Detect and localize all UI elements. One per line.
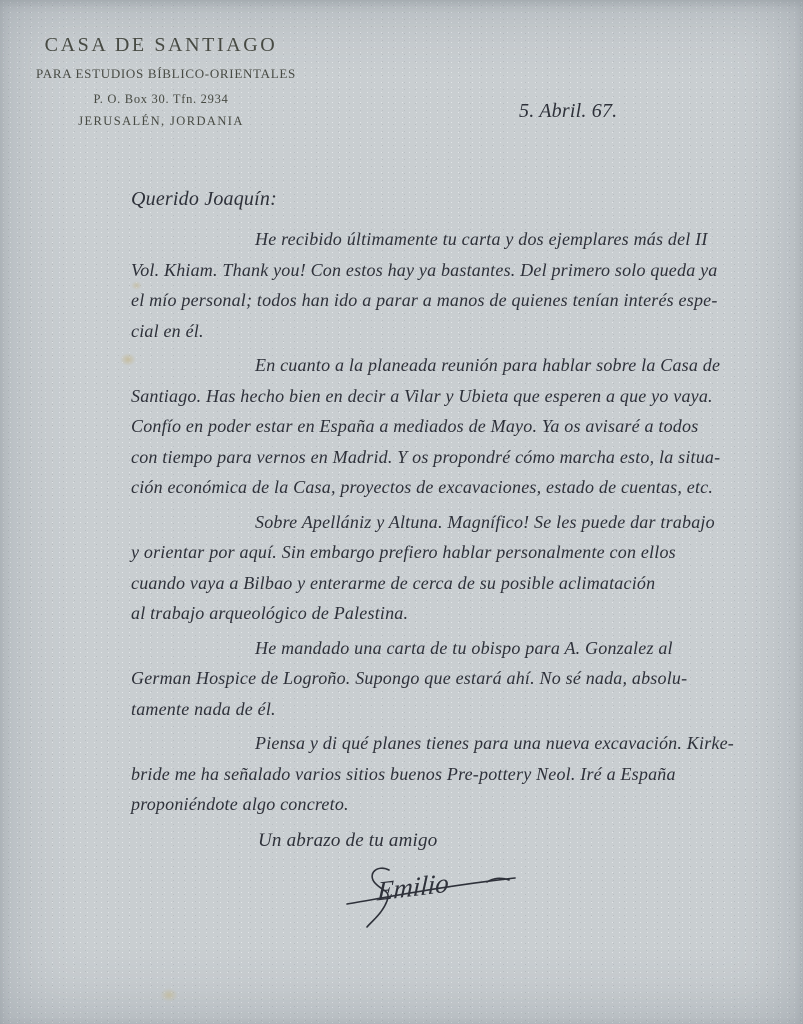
letter-paragraph: He mandado una carta de tu obispo para A… bbox=[131, 633, 796, 725]
letter-line: proponiéndote algo concreto. bbox=[131, 789, 796, 820]
letter-line: y orientar por aquí. Sin embargo prefier… bbox=[131, 537, 796, 568]
letter-line: Sobre Apellániz y Altuna. Magnífico! Se … bbox=[131, 507, 796, 538]
letterhead-city: JERUSALÉN, JORDANIA bbox=[36, 114, 286, 129]
letter-line: tamente nada de él. bbox=[131, 694, 796, 725]
letterhead-org-name: CASA DE SANTIAGO bbox=[36, 34, 286, 57]
letterhead-address: P. O. Box 30. Tfn. 2934 bbox=[36, 92, 286, 107]
letter-line: cial en él. bbox=[131, 316, 796, 347]
letter-body: Querido Joaquín: He recibido últimamente… bbox=[131, 188, 796, 930]
letter-line: bride me ha señalado varios sitios bueno… bbox=[131, 759, 796, 790]
letter-line: Piensa y di qué planes tienes para una n… bbox=[131, 728, 796, 759]
letter-line: Santiago. Has hecho bien en decir a Vila… bbox=[131, 381, 796, 412]
letter-line: He recibido últimamente tu carta y dos e… bbox=[131, 224, 796, 255]
signature: Emilio bbox=[343, 856, 523, 930]
salutation: Querido Joaquín: bbox=[131, 188, 796, 211]
letter-line: cuando vaya a Bilbao y enterarme de cerc… bbox=[131, 568, 796, 599]
letter-page: CASA DE SANTIAGO PARA ESTUDIOS BÍBLICO-O… bbox=[0, 0, 803, 1024]
letterhead: CASA DE SANTIAGO PARA ESTUDIOS BÍBLICO-O… bbox=[36, 34, 286, 129]
letter-line: con tiempo para vernos en Madrid. Y os p… bbox=[131, 442, 796, 473]
letter-paragraph: Sobre Apellániz y Altuna. Magnífico! Se … bbox=[131, 507, 796, 629]
letter-line: ción económica de la Casa, proyectos de … bbox=[131, 472, 796, 503]
letter-paragraph: En cuanto a la planeada reunión para hab… bbox=[131, 350, 796, 503]
closing-line: Un abrazo de tu amigo bbox=[258, 830, 796, 852]
letter-date: 5. Abril. 67. bbox=[519, 100, 617, 123]
letter-line: Confío en poder estar en España a mediad… bbox=[131, 411, 796, 442]
letterhead-subtitle: PARA ESTUDIOS BÍBLICO-ORIENTALES bbox=[36, 66, 286, 82]
paper-stain bbox=[160, 988, 178, 1002]
letter-line: Vol. Khiam. Thank you! Con estos hay ya … bbox=[131, 255, 796, 286]
letter-line: German Hospice de Logroño. Supongo que e… bbox=[131, 663, 796, 694]
letter-paragraph: He recibido últimamente tu carta y dos e… bbox=[131, 224, 796, 346]
letter-line: al trabajo arqueológico de Palestina. bbox=[131, 598, 796, 629]
letter-line: el mío personal; todos han ido a parar a… bbox=[131, 285, 796, 316]
letter-line: En cuanto a la planeada reunión para hab… bbox=[131, 350, 796, 381]
signature-flourish-icon bbox=[343, 856, 523, 930]
letter-line: He mandado una carta de tu obispo para A… bbox=[131, 633, 796, 664]
letter-paragraph: Piensa y di qué planes tienes para una n… bbox=[131, 728, 796, 820]
